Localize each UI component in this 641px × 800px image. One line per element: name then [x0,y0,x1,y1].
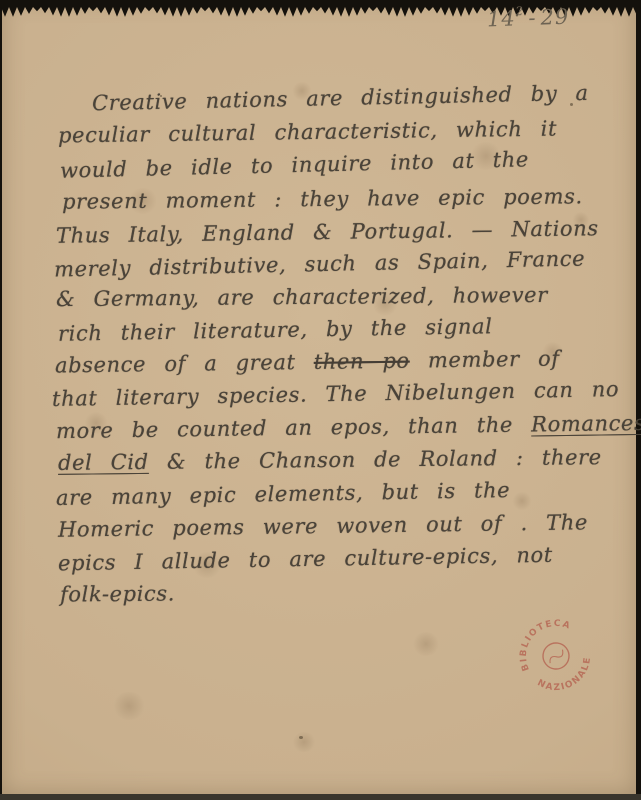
manuscript-line: merely distributive, such as Spain, Fran… [54,246,586,281]
underlined-title: del Cid [58,450,149,475]
manuscript-line: & Germany, are characterized, however [56,283,548,311]
manuscript-line: del Cid & the Chanson de Roland : there [58,445,602,475]
manuscript-line: Creative nations are distinguished by a [92,81,589,115]
scan-bottom-edge [0,794,641,800]
manuscript-line: absence of a great then po member of [55,346,560,377]
manuscript-line: peculiar cultural characteristic, which … [58,117,557,148]
line-segment: member of [410,346,560,372]
manuscript-line: rich their literature, by the signal [58,314,493,346]
struck-out-words: then po [314,349,410,374]
stamp-emblem-ring [538,638,574,674]
manuscript-line: Homeric poems were woven out of . The [58,510,588,541]
line-segment: more be counted an epos, than the [56,412,531,443]
line-segment: & the Chanson de Roland : there [149,445,602,474]
manuscript-line: that literary species. The Nibelungen ca… [52,377,620,411]
line-segment: absence of a great [55,350,314,378]
manuscript-line: present moment : they have epic poems. [62,184,583,213]
manuscript-line: Thus Italy, England & Portugal. — Nation… [56,216,599,248]
manuscript-line: are many epic elements, but is the [56,478,511,510]
manuscript-line: epics I allude to are culture-epics, not [58,543,553,576]
manuscript-line: would be idle to inquire into at the [60,147,529,182]
manuscript-scan: 142-29 Creative nations are distinguishe… [0,0,641,800]
manuscript-line: folk-epics. [60,581,175,606]
stamp-emblem-figure [548,649,565,664]
underlined-title: Romances [531,411,641,437]
manuscript-line: more be counted an epos, than the Romanc… [56,411,641,443]
